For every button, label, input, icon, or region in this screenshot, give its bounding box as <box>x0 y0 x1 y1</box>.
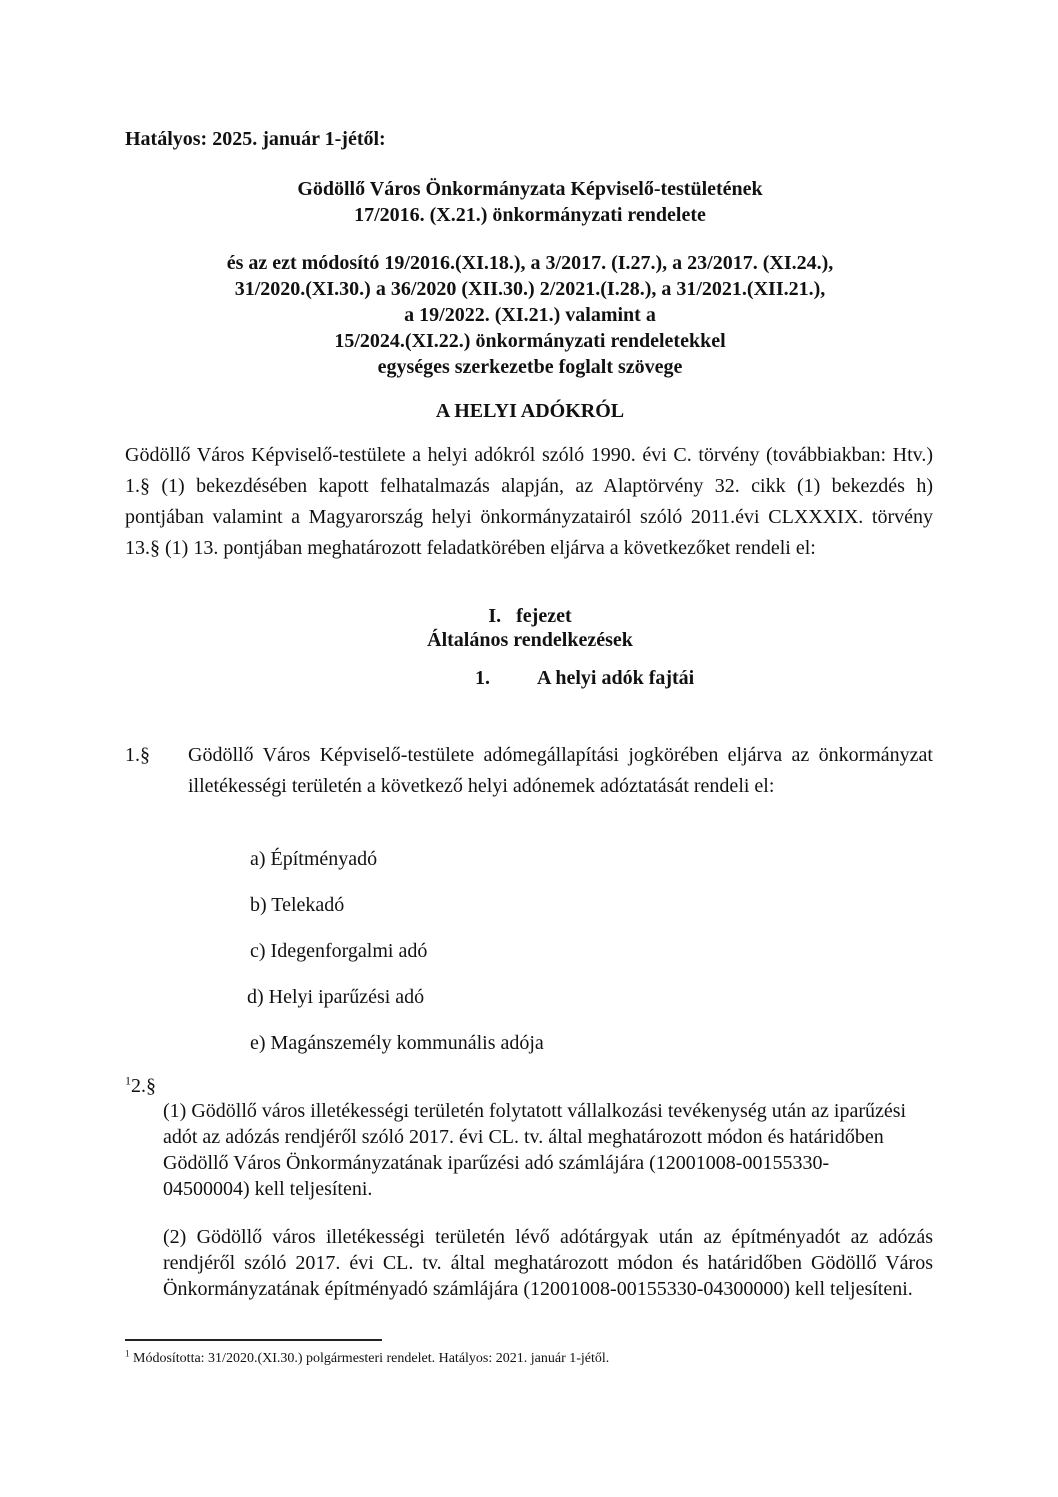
tax-type-item: e) Magánszemély kommunális adója <box>250 1032 544 1055</box>
main-heading: A HELYI ADÓKRÓL <box>120 400 940 423</box>
para2-label: 12.§ <box>125 1075 156 1098</box>
footnote-separator <box>125 1339 382 1341</box>
footnote: 1 Módosította: 31/2020.(XI.30.) polgárme… <box>125 1351 609 1367</box>
chapter-heading: I. fejezet Általános rendelkezések <box>120 604 940 652</box>
para1-text: Gödöllő Város Képviselő-testülete adómeg… <box>188 740 933 802</box>
para2-sub1: (1) Gödöllő város illetékességi területé… <box>163 1098 913 1202</box>
amendments: és az ezt módosító 19/2016.(XI.18.), a 3… <box>120 250 940 380</box>
preamble: Gödöllő Város Képviselő-testülete a hely… <box>125 440 933 564</box>
para1-label: 1.§ <box>125 744 150 767</box>
tax-type-item: b) Telekadó <box>250 894 344 917</box>
tax-type-item: a) Építményadó <box>250 848 377 871</box>
tax-type-item: c) Idegenforgalmi adó <box>250 940 427 963</box>
tax-type-item: d) Helyi iparűzési adó <box>247 986 424 1009</box>
section-heading: 1. A helyi adók fajtái <box>475 667 694 690</box>
para2-sub2: (2) Gödöllő város illetékességi területé… <box>163 1224 933 1302</box>
document-title: Gödöllő Város Önkormányzata Képviselő-te… <box>120 176 940 228</box>
effective-date: Hatályos: 2025. január 1-jétől: <box>125 128 386 151</box>
